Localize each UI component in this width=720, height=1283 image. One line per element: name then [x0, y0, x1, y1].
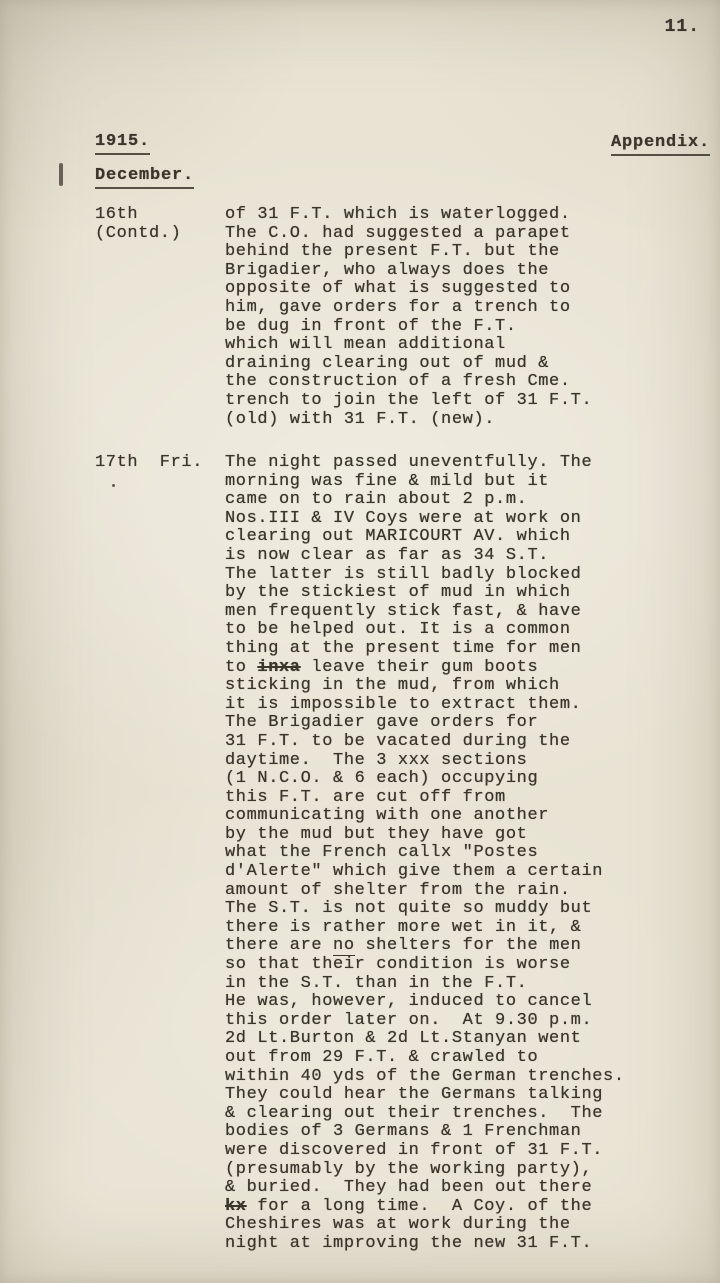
text-segment: by the stickiest of mud in which [225, 583, 571, 602]
text-line: to inxa leave their gum boots [225, 659, 705, 678]
text-line: the construction of a fresh Cme. [225, 373, 705, 392]
appendix-heading: Appendix. [611, 134, 710, 156]
text-segment: there are [225, 936, 333, 955]
text-segment: sticking in the mud, from which [225, 676, 560, 695]
text-line: it is impossible to extract them. [225, 696, 705, 715]
text-segment: this F.T. are cut off from [225, 788, 506, 807]
text-segment: what the French callx "Postes [225, 843, 538, 862]
text-segment: so that their condition is worse [225, 955, 571, 974]
text-line: clearing out MARICOURT AV. which [225, 528, 705, 547]
text-line: They could hear the Germans talking [225, 1086, 705, 1105]
text-line: 2d Lt.Burton & 2d Lt.Stanyan went [225, 1030, 705, 1049]
text-segment: it is impossible to extract them. [225, 695, 581, 714]
text-line: which will mean additional [225, 336, 705, 355]
text-segment: within 40 yds of the German trenches. [225, 1067, 625, 1086]
year-heading: 1915. [95, 133, 150, 155]
text-segment: (presumably by the working party), [225, 1160, 592, 1179]
struck-out-text: inxa [257, 658, 300, 677]
text-segment: to [225, 658, 257, 677]
text-segment: him, gave orders for a trench to [225, 298, 571, 317]
text-line: by the stickiest of mud in which [225, 584, 705, 603]
text-segment: The night passed uneventfully. The [225, 453, 592, 472]
text-segment: draining clearing out of mud & [225, 354, 549, 373]
text-line: in the S.T. than in the F.T. [225, 975, 705, 994]
text-segment: trench to join the left of 31 F.T. [225, 391, 592, 410]
text-line: Brigadier, who always does the [225, 262, 705, 281]
stray-ink-dot [112, 484, 115, 487]
text-segment: by the mud but they have got [225, 825, 527, 844]
text-line: thing at the present time for men [225, 640, 705, 659]
text-line: were discovered in front of 31 F.T. [225, 1142, 705, 1161]
text-line: trench to join the left of 31 F.T. [225, 392, 705, 411]
text-segment: be dug in front of the F.T. [225, 317, 517, 336]
text-segment: They could hear the Germans talking [225, 1085, 603, 1104]
text-segment: d'Alerte" which give them a certain [225, 862, 603, 881]
text-segment: & buried. They had been out there [225, 1178, 592, 1197]
text-segment: opposite of what is suggested to [225, 279, 571, 298]
text-line: is now clear as far as 34 S.T. [225, 547, 705, 566]
text-segment: shelters for the men [355, 936, 582, 955]
text-segment: 16th [95, 205, 138, 224]
text-line: communicating with one another [225, 807, 705, 826]
text-line: d'Alerte" which give them a certain [225, 863, 705, 882]
struck-out-text: kx [225, 1197, 247, 1216]
text-line: opposite of what is suggested to [225, 280, 705, 299]
text-line: so that their condition is worse [225, 956, 705, 975]
text-line: (old) with 31 F.T. (new). [225, 411, 705, 430]
text-line: behind the present F.T. but the [225, 243, 705, 262]
text-segment: The S.T. is not quite so muddy but [225, 899, 592, 918]
text-segment: the construction of a fresh Cme. [225, 372, 571, 391]
text-segment: which will mean additional [225, 335, 506, 354]
text-segment: leave their gum boots [301, 658, 539, 677]
text-segment: this order later on. At 9.30 p.m. [225, 1011, 592, 1030]
text-line: & clearing out their trenches. The [225, 1105, 705, 1124]
text-line: bodies of 3 Germans & 1 Frenchman [225, 1123, 705, 1142]
text-segment: night at improving the new 31 F.T. [225, 1234, 592, 1253]
text-segment: morning was fine & mild but it [225, 472, 549, 491]
text-segment: bodies of 3 Germans & 1 Frenchman [225, 1122, 581, 1141]
entry-date-label: 16th(Contd.) [95, 206, 223, 243]
text-line: what the French callx "Postes [225, 844, 705, 863]
text-segment: Brigadier, who always does the [225, 261, 549, 280]
text-line: kx for a long time. A Coy. of the [225, 1198, 705, 1217]
text-segment: The latter is still badly blocked [225, 565, 581, 584]
text-line: Cheshires was at work during the [225, 1216, 705, 1235]
text-segment: The C.O. had suggested a parapet [225, 224, 571, 243]
text-segment: clearing out MARICOURT AV. which [225, 527, 571, 546]
text-line: by the mud but they have got [225, 826, 705, 845]
text-line: this order later on. At 9.30 p.m. [225, 1012, 705, 1031]
text-line: daytime. The 3 xxx sections [225, 752, 705, 771]
text-line: morning was fine & mild but it [225, 473, 705, 492]
text-segment: men frequently stick fast, & have [225, 602, 581, 621]
text-segment: (1 N.C.O. & 6 each) occupying [225, 769, 538, 788]
scan-edge-mark [59, 163, 63, 186]
text-line: came on to rain about 2 p.m. [225, 491, 705, 510]
text-line: within 40 yds of the German trenches. [225, 1068, 705, 1087]
text-segment: amount of shelter from the rain. [225, 881, 571, 900]
text-line: He was, however, induced to cancel [225, 993, 705, 1012]
text-line: to be helped out. It is a common [225, 621, 705, 640]
text-segment: came on to rain about 2 p.m. [225, 490, 527, 509]
text-segment: Cheshires was at work during the [225, 1215, 571, 1234]
month-heading: December. [95, 167, 194, 189]
text-segment: there is rather more wet in it, & [225, 918, 581, 937]
text-line: The night passed uneventfully. The [225, 454, 705, 473]
text-segment: daytime. The 3 xxx sections [225, 751, 527, 770]
text-line: (presumably by the working party), [225, 1161, 705, 1180]
text-segment: 31 F.T. to be vacated during the [225, 732, 571, 751]
text-segment: for a long time. A Coy. of the [247, 1197, 593, 1216]
text-line: 16th [95, 206, 223, 225]
text-segment: out from 29 F.T. & crawled to [225, 1048, 538, 1067]
text-line: this F.T. are cut off from [225, 789, 705, 808]
text-line: out from 29 F.T. & crawled to [225, 1049, 705, 1068]
text-segment: (Contd.) [95, 224, 181, 243]
text-segment: Nos.III & IV Coys were at work on [225, 509, 581, 528]
text-line: be dug in front of the F.T. [225, 318, 705, 337]
text-line: draining clearing out of mud & [225, 355, 705, 374]
underlined-text: no [333, 936, 355, 956]
document-page: 11. 1915. Appendix. December. 16th(Contd… [0, 0, 720, 1283]
text-segment: The Brigadier gave orders for [225, 713, 538, 732]
text-line: (Contd.) [95, 225, 223, 244]
text-line: there is rather more wet in it, & [225, 919, 705, 938]
text-segment: He was, however, induced to cancel [225, 992, 592, 1011]
text-segment: 2d Lt.Burton & 2d Lt.Stanyan went [225, 1029, 581, 1048]
entry-body-text: The night passed uneventfully. Themornin… [225, 454, 705, 1254]
text-line: amount of shelter from the rain. [225, 882, 705, 901]
text-line: 31 F.T. to be vacated during the [225, 733, 705, 752]
text-line: 17th Fri. [95, 454, 223, 473]
text-segment: 17th Fri. [95, 453, 203, 472]
text-segment: behind the present F.T. but the [225, 242, 560, 261]
text-line: The Brigadier gave orders for [225, 714, 705, 733]
text-line: of 31 F.T. which is waterlogged. [225, 206, 705, 225]
text-segment: thing at the present time for men [225, 639, 581, 658]
text-line: (1 N.C.O. & 6 each) occupying [225, 770, 705, 789]
text-line: The latter is still badly blocked [225, 566, 705, 585]
text-line: him, gave orders for a trench to [225, 299, 705, 318]
text-segment: in the S.T. than in the F.T. [225, 974, 527, 993]
entry-body-text: of 31 F.T. which is waterlogged.The C.O.… [225, 206, 705, 429]
entry-date-label: 17th Fri. [95, 454, 223, 473]
text-line: men frequently stick fast, & have [225, 603, 705, 622]
text-line: Nos.III & IV Coys were at work on [225, 510, 705, 529]
text-line: The S.T. is not quite so muddy but [225, 900, 705, 919]
text-segment: communicating with one another [225, 806, 549, 825]
text-segment: & clearing out their trenches. The [225, 1104, 603, 1123]
page-number: 11. [610, 17, 700, 37]
text-segment: is now clear as far as 34 S.T. [225, 546, 549, 565]
text-line: night at improving the new 31 F.T. [225, 1235, 705, 1254]
text-segment: to be helped out. It is a common [225, 620, 571, 639]
text-line: The C.O. had suggested a parapet [225, 225, 705, 244]
text-line: there are no shelters for the men [225, 937, 705, 956]
text-segment: (old) with 31 F.T. (new). [225, 410, 495, 429]
text-segment: were discovered in front of 31 F.T. [225, 1141, 603, 1160]
text-segment: of 31 F.T. which is waterlogged. [225, 205, 571, 224]
text-line: & buried. They had been out there [225, 1179, 705, 1198]
text-line: sticking in the mud, from which [225, 677, 705, 696]
